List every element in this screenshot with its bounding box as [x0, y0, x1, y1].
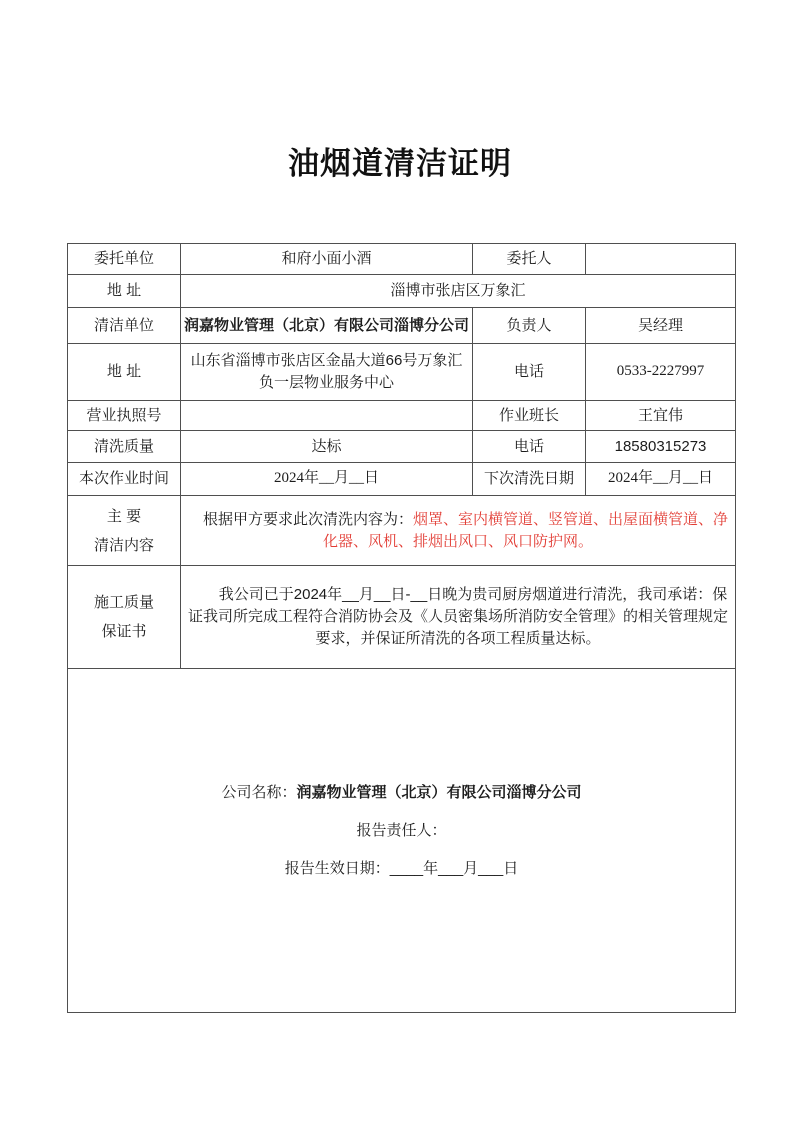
client-unit-label: 委托单位 — [68, 244, 181, 275]
phone2-label: 电话 — [473, 431, 586, 463]
main-content-black-text: 根据甲方要求此次清洗内容为： — [203, 511, 413, 528]
row-cleaning-unit: 清洁单位 润嘉物业管理（北京）有限公司淄博分公司 负责人 吴经理 — [68, 308, 736, 344]
footer-company-value: 润嘉物业管理（北京）有限公司淄博分公司 — [297, 784, 582, 801]
next-clean-label: 下次清洗日期 — [473, 463, 586, 496]
row-cleaning-address: 地 址 山东省淄博市张店区金晶大道66号万象汇负一层物业服务中心 电话 0533… — [68, 344, 736, 401]
footer-responsible-line: 报告责任人： — [71, 822, 732, 840]
phone1-label: 电话 — [473, 344, 586, 401]
main-content-label-line1: 主 要 — [71, 509, 177, 524]
responsible-person-label: 负责人 — [473, 308, 586, 344]
footer-company-label: 公司名称： — [221, 784, 296, 801]
row-client: 委托单位 和府小面小酒 委托人 — [68, 244, 736, 275]
row-quality: 清洗质量 达标 电话 18580315273 — [68, 431, 736, 463]
row-work-date: 本次作业时间 2024年__月__日 下次清洗日期 2024年__月__日 — [68, 463, 736, 496]
client-unit-value: 和府小面小酒 — [181, 244, 473, 275]
next-clean-value: 2024年__月__日 — [586, 463, 736, 496]
license-value — [181, 401, 473, 431]
cleaning-unit-label: 清洁单位 — [68, 308, 181, 344]
guarantee-label-line1: 施工质量 — [71, 595, 177, 610]
footer-date-line: 报告生效日期：____年___月___日 — [71, 860, 732, 878]
guarantee-label-line2: 保证书 — [71, 624, 177, 639]
document-page: { "doc": { "title": "油烟道清洁证明" }, "colors… — [0, 0, 800, 1131]
client-address-label: 地 址 — [68, 275, 181, 308]
row-client-address: 地 址 淄博市张店区万象汇 — [68, 275, 736, 308]
client-person-label: 委托人 — [473, 244, 586, 275]
phone1-value: 0533-2227997 — [586, 344, 736, 401]
foreman-value: 王宜伟 — [586, 401, 736, 431]
work-date-value: 2024年__月__日 — [181, 463, 473, 496]
row-guarantee: 施工质量 保证书 我公司已于2024年__月__日-__日晚为贵司厨房烟道进行清… — [68, 566, 736, 669]
quality-value: 达标 — [181, 431, 473, 463]
client-person-value — [586, 244, 736, 275]
responsible-person-value: 吴经理 — [586, 308, 736, 344]
main-content-label-line2: 清洁内容 — [71, 538, 177, 553]
license-label: 营业执照号 — [68, 401, 181, 431]
guarantee-text-cell: 我公司已于2024年__月__日-__日晚为贵司厨房烟道进行清洗，我司承诺：保证… — [181, 566, 736, 669]
footer-company-line: 公司名称：润嘉物业管理（北京）有限公司淄博分公司 — [71, 784, 732, 802]
guarantee-text: 我公司已于2024年__月__日-__日晚为贵司厨房烟道进行清洗，我司承诺：保证… — [184, 584, 732, 649]
client-address-value: 淄博市张店区万象汇 — [181, 275, 736, 308]
cleaning-address-value: 山东省淄博市张店区金晶大道66号万象汇负一层物业服务中心 — [181, 344, 473, 401]
row-main-content: 主 要 清洁内容 根据甲方要求此次清洗内容为：烟罩、室内横管道、竖管道、出屋面横… — [68, 496, 736, 566]
guarantee-label: 施工质量 保证书 — [68, 566, 181, 669]
cleaning-address-label: 地 址 — [68, 344, 181, 401]
phone2-value: 18580315273 — [586, 431, 736, 463]
quality-label: 清洗质量 — [68, 431, 181, 463]
work-date-label: 本次作业时间 — [68, 463, 181, 496]
main-content-label: 主 要 清洁内容 — [68, 496, 181, 566]
foreman-label: 作业班长 — [473, 401, 586, 431]
cleaning-unit-value: 润嘉物业管理（北京）有限公司淄博分公司 — [181, 308, 473, 344]
page-title: 油烟道清洁证明 — [0, 138, 800, 183]
main-content-text: 根据甲方要求此次清洗内容为：烟罩、室内横管道、竖管道、出屋面横管道、净化器、风机… — [181, 496, 736, 566]
row-license: 营业执照号 作业班长 王宜伟 — [68, 401, 736, 431]
certificate-table: 委托单位 和府小面小酒 委托人 地 址 淄博市张店区万象汇 清洁单位 润嘉物业管… — [67, 243, 736, 1013]
row-footer: 公司名称：润嘉物业管理（北京）有限公司淄博分公司 报告责任人： 报告生效日期：_… — [68, 669, 736, 1013]
footer-cell: 公司名称：润嘉物业管理（北京）有限公司淄博分公司 报告责任人： 报告生效日期：_… — [68, 669, 736, 1013]
